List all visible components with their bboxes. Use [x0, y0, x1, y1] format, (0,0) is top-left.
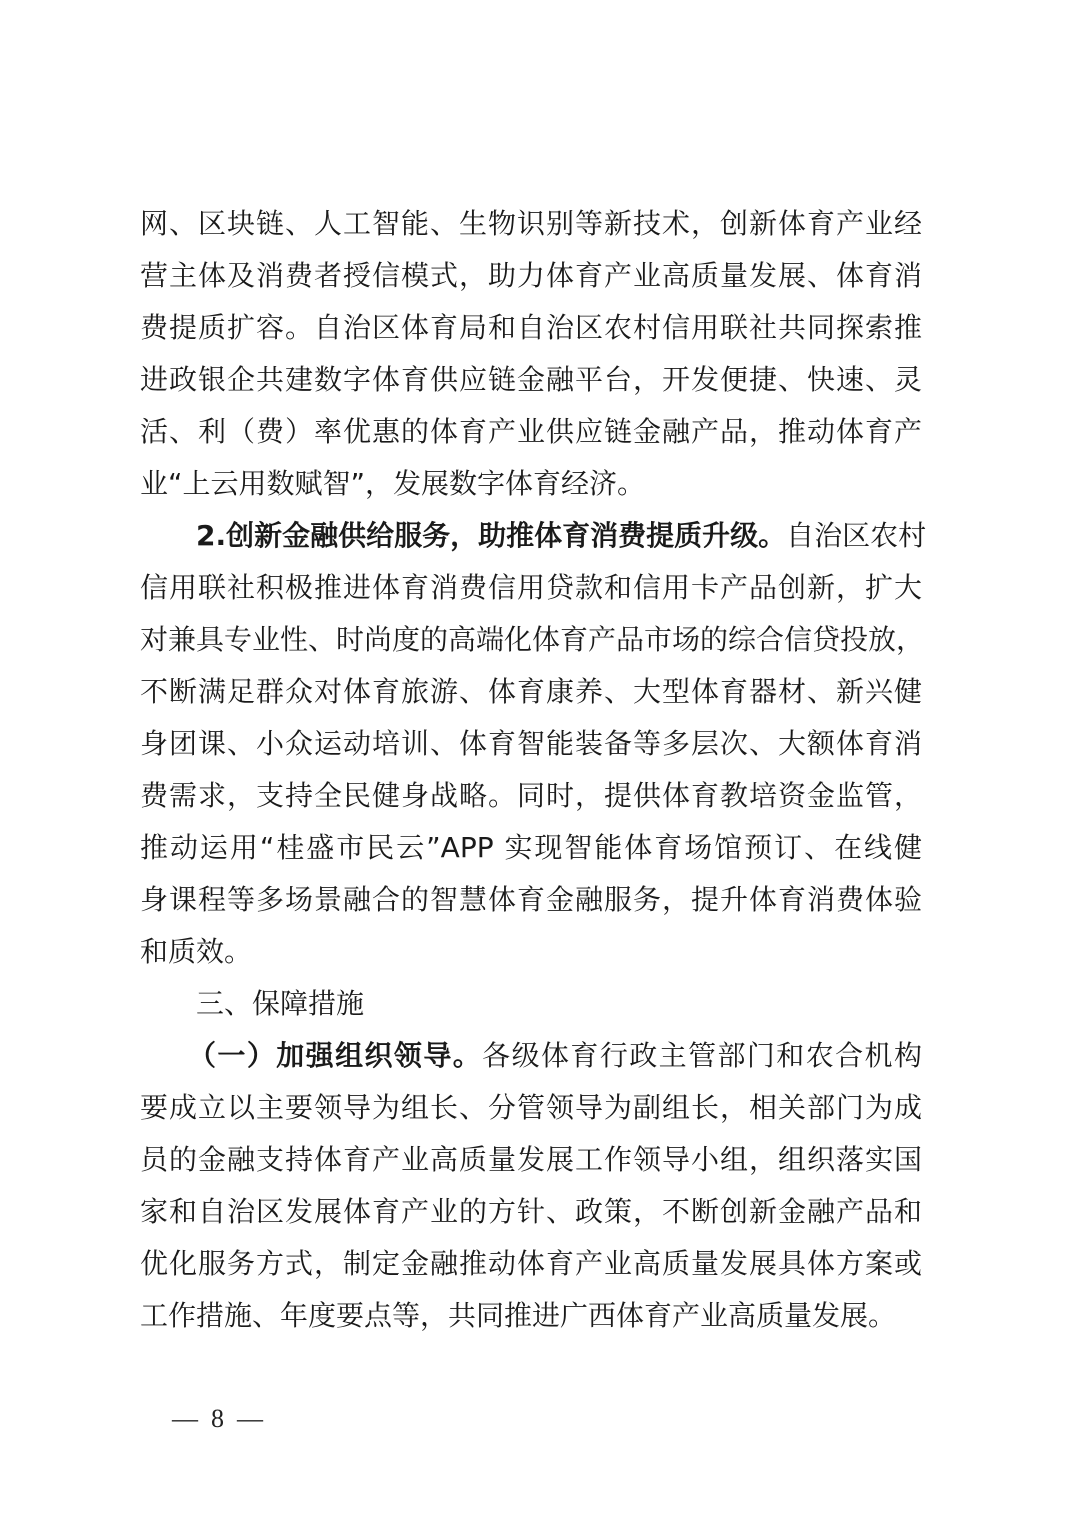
text-line: 进政银企共建数字体育供应链金融平台，开发便捷、快速、灵	[140, 354, 922, 406]
text-line: 活、利（费）率优惠的体育产业供应链金融产品，推动体育产	[140, 406, 922, 458]
text-line: 业“上云用数赋智”，发展数字体育经济。	[140, 458, 922, 510]
paragraph-digital-finance: 网、区块链、人工智能、生物识别等新技术，创新体育产业经 营主体及消费者授信模式，…	[140, 198, 922, 510]
paragraph-financial-supply: 2.创新金融供给服务，助推体育消费提质升级。自治区农村 信用联社积极推进体育消费…	[140, 510, 922, 978]
text-line: 要成立以主要领导为组长、分管领导为副组长，相关部门为成	[140, 1082, 922, 1134]
text-line: （一）加强组织领导。各级体育行政主管部门和农合机构	[140, 1030, 922, 1082]
text-line: 费需求，支持全民健身战略。同时，提供体育教培资金监管，	[140, 770, 922, 822]
text-line: 身课程等多场景融合的智慧体育金融服务，提升体育消费体验	[140, 874, 922, 926]
text-line: 优化服务方式，制定金融推动体育产业高质量发展具体方案或	[140, 1238, 922, 1290]
text-line: 2.创新金融供给服务，助推体育消费提质升级。自治区农村	[140, 510, 922, 562]
text-line: 家和自治区发展体育产业的方针、政策，不断创新金融产品和	[140, 1186, 922, 1238]
text-line: 身团课、小众运动培训、体育智能装备等多层次、大额体育消	[140, 718, 922, 770]
section-heading: 三、保障措施	[140, 978, 922, 1030]
text-line: 不断满足群众对体育旅游、体育康养、大型体育器材、新兴健	[140, 666, 922, 718]
text-line: 工作措施、年度要点等，共同推进广西体育产业高质量发展。	[140, 1290, 922, 1342]
text-span: 自治区农村	[786, 519, 926, 552]
paragraph-lead-heading: （一）加强组织领导。	[188, 1039, 482, 1072]
text-line: 网、区块链、人工智能、生物识别等新技术，创新体育产业经	[140, 198, 922, 250]
text-line: 员的金融支持体育产业高质量发展工作领导小组，组织落实国	[140, 1134, 922, 1186]
paragraph-organization-leadership: （一）加强组织领导。各级体育行政主管部门和农合机构 要成立以主要领导为组长、分管…	[140, 1030, 922, 1342]
text-line: 对兼具专业性、时尚度的高端化体育产品市场的综合信贷投放，	[140, 614, 922, 666]
text-span: 各级体育行政主管部门和农合机构	[482, 1039, 922, 1072]
text-line: 推动运用“桂盛市民云”APP 实现智能体育场馆预订、在线健	[140, 822, 922, 874]
document-page: 网、区块链、人工智能、生物识别等新技术，创新体育产业经 营主体及消费者授信模式，…	[140, 198, 922, 1342]
text-line: 营主体及消费者授信模式，助力体育产业高质量发展、体育消	[140, 250, 922, 302]
page-number: — 8 —	[172, 1404, 263, 1434]
text-line: 费提质扩容。自治区体育局和自治区农村信用联社共同探索推	[140, 302, 922, 354]
text-line: 和质效。	[140, 926, 922, 978]
text-line: 信用联社积极推进体育消费信用贷款和信用卡产品创新，扩大	[140, 562, 922, 614]
paragraph-lead-heading: 2.创新金融供给服务，助推体育消费提质升级。	[196, 519, 786, 552]
